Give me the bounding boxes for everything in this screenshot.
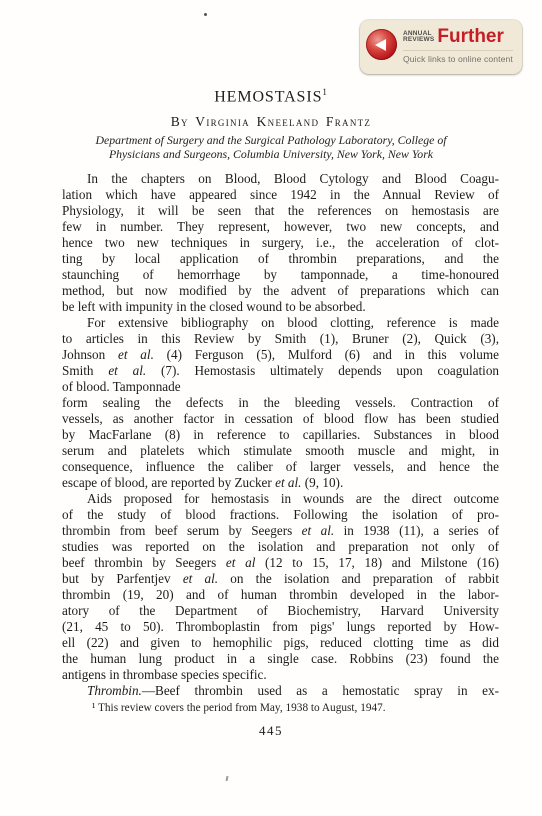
text-line: be left with impunity in the closed woun… xyxy=(62,299,499,315)
scan-artifact-dot xyxy=(204,13,207,16)
text-line: (21, 45 to 50). Thromboplastin from pigs… xyxy=(62,619,499,635)
text-line: antigens in thrombase species specific. xyxy=(62,667,499,683)
text-line: lation which have appeared since 1942 in… xyxy=(62,187,499,203)
text-line: serum and platelets which stimulate smoo… xyxy=(62,443,499,459)
badge-divider xyxy=(403,50,513,51)
text-line: ting by local application of thrombin pr… xyxy=(62,251,499,267)
page-number: 445 xyxy=(0,723,542,739)
text-line: form sealing the defects in the bleeding… xyxy=(62,395,499,411)
further-label: Further xyxy=(437,26,504,47)
text-line: but by Parfentjev et al. on the isolatio… xyxy=(62,571,499,587)
text-line: atory of the Department of Biochemistry,… xyxy=(62,603,499,619)
scanned-paper-page: ANNUAL REVIEWS Further Quick links to on… xyxy=(0,0,542,816)
text-line: For extensive bibliography on blood clot… xyxy=(62,315,499,331)
text-line: In the chapters on Blood, Blood Cytology… xyxy=(62,171,499,187)
reviews-label: REVIEWS xyxy=(403,37,434,44)
text-line: thrombin from beef serum by Seegers et a… xyxy=(62,523,499,539)
text-line: by MacFarlane (8) in reference to capill… xyxy=(62,427,499,443)
text-line: Thrombin.—Beef thrombin used as a hemost… xyxy=(62,683,499,699)
text-line: method, but now modified by the advent o… xyxy=(62,283,499,299)
left-arrow-circle-icon[interactable] xyxy=(366,29,397,60)
text-line: Physiology, it will be seen that the ref… xyxy=(62,203,499,219)
text-line: thrombin (19, 20) and of human thrombin … xyxy=(62,587,499,603)
text-line: the human lung product in a single case.… xyxy=(62,651,499,667)
text-line: of the study of blood fractions. Followi… xyxy=(62,507,499,523)
annual-reviews-label: ANNUAL REVIEWS xyxy=(403,31,434,47)
footnote: ¹ This review covers the period from May… xyxy=(62,702,499,714)
title-text: HEMOSTASIS xyxy=(214,88,322,105)
text-line: beef thrombin by Seegers et al (12 to 15… xyxy=(62,555,499,571)
text-line: to articles in this Review by Smith (1),… xyxy=(62,331,499,347)
title-footnote-marker: 1 xyxy=(322,87,327,97)
text-line: consequence, influence the caliber of la… xyxy=(62,459,499,475)
text-line: escape of blood, are reported by Zucker … xyxy=(62,475,499,491)
text-line: few in number. They represent, however, … xyxy=(62,219,499,235)
annual-reviews-further-badge[interactable]: ANNUAL REVIEWS Further Quick links to on… xyxy=(360,20,522,74)
text-line: Johnson et al. (4) Ferguson (5), Mulford… xyxy=(62,347,499,363)
author-affiliation: Department of Surgery and the Surgical P… xyxy=(0,134,542,161)
affiliation-line: Physicians and Surgeons, Columbia Univer… xyxy=(0,148,542,162)
text-line: vessels, as another factor in cessation … xyxy=(62,411,499,427)
badge-title-row: ANNUAL REVIEWS Further xyxy=(403,26,504,47)
left-triangle-icon xyxy=(375,39,386,51)
page-title: HEMOSTASIS1 xyxy=(0,87,542,106)
affiliation-line: Department of Surgery and the Surgical P… xyxy=(0,134,542,148)
text-line: studies was reported on the isolation an… xyxy=(62,539,499,555)
text-line: ell (22) and given to hemophilic pigs, r… xyxy=(62,635,499,651)
text-line: Aids proposed for hemostasis in wounds a… xyxy=(62,491,499,507)
scan-artifact-mark xyxy=(226,776,229,781)
text-line: staunching of hemorrhage by tamponnade, … xyxy=(62,267,499,283)
body-text: In the chapters on Blood, Blood Cytology… xyxy=(62,171,499,699)
text-line: hence two new techniques in surgery, i.e… xyxy=(62,235,499,251)
badge-tagline[interactable]: Quick links to online content xyxy=(403,54,513,64)
author-byline: By Virginia Kneeland Frantz xyxy=(0,114,542,130)
text-line: Smith et al. (7). Hemostasis ultimately … xyxy=(62,363,499,379)
text-line: of blood. Tamponnade xyxy=(62,379,499,395)
